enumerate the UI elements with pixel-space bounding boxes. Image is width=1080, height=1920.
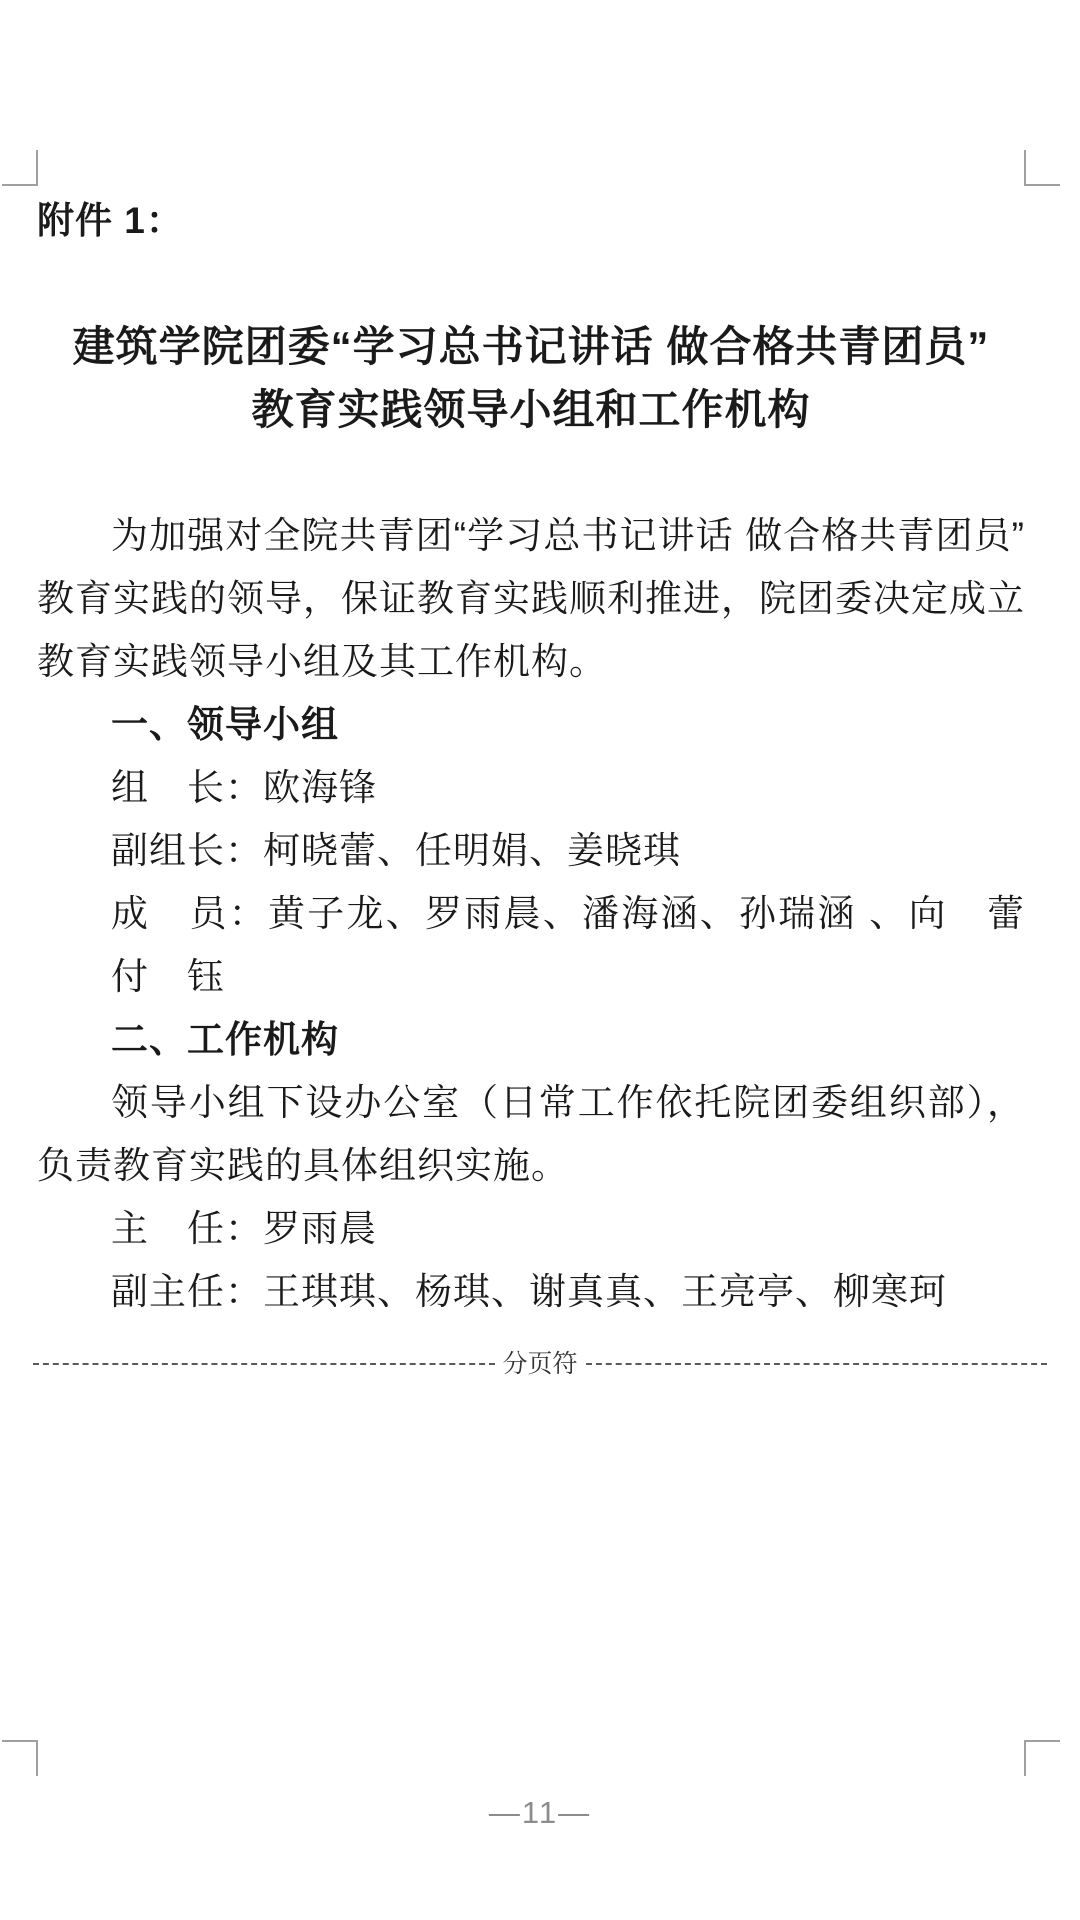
document-page: 附件 1：建筑学院团委“学习总书记讲话 做合格共青团员”教育实践领导小组和工作机… — [0, 0, 1080, 1920]
blank-line — [37, 441, 1025, 504]
paragraph-line: 负责教育实践的具体组织实施。 — [37, 1134, 1025, 1197]
role-line: 成 员：黄子龙、罗雨晨、潘海涵、孙瑞涵 、向 蕾 — [37, 882, 1025, 945]
paragraph-line: 领导小组下设办公室（日常工作依托院团委组织部）， — [37, 1071, 1025, 1134]
role-line: 副主任：王琪琪、杨琪、谢真真、王亮亭、柳寒珂 — [37, 1260, 1025, 1323]
crop-mark-bottom-right — [1024, 1740, 1060, 1776]
role-line: 组 长：欧海锋 — [37, 756, 1025, 819]
role-line: 副组长：柯晓蕾、任明娟、姜晓琪 — [37, 819, 1025, 882]
crop-mark-top-right — [1024, 150, 1060, 186]
role-line: 主 任：罗雨晨 — [37, 1197, 1025, 1260]
doc-title-line: 建筑学院团委“学习总书记讲话 做合格共青团员” — [37, 315, 1025, 378]
blank-line — [37, 252, 1025, 315]
page-break-dash-right — [586, 1363, 1048, 1365]
page-break-dash-left — [33, 1363, 495, 1365]
document-body: 附件 1：建筑学院团委“学习总书记讲话 做合格共青团员”教育实践领导小组和工作机… — [37, 189, 1025, 1323]
paragraph-line: 教育实践领导小组及其工作机构。 — [37, 630, 1025, 693]
crop-mark-bottom-left — [2, 1740, 38, 1776]
section-heading: 一、领导小组 — [37, 693, 1025, 756]
section-heading: 二、工作机构 — [37, 1008, 1025, 1071]
crop-mark-top-left — [2, 150, 38, 186]
page-number: —11— — [0, 1795, 1080, 1831]
page-break-marker: 分页符 — [33, 1341, 1047, 1387]
doc-title-line: 教育实践领导小组和工作机构 — [37, 378, 1025, 441]
paragraph-line: 教育实践的领导，保证教育实践顺利推进，院团委决定成立 — [37, 567, 1025, 630]
role-line: 付 钰 — [37, 945, 1025, 1008]
paragraph-line: 为加强对全院共青团“学习总书记讲话 做合格共青团员” — [37, 504, 1025, 567]
page-break-label: 分页符 — [495, 1352, 586, 1377]
attachment-label: 附件 1： — [37, 189, 1025, 252]
